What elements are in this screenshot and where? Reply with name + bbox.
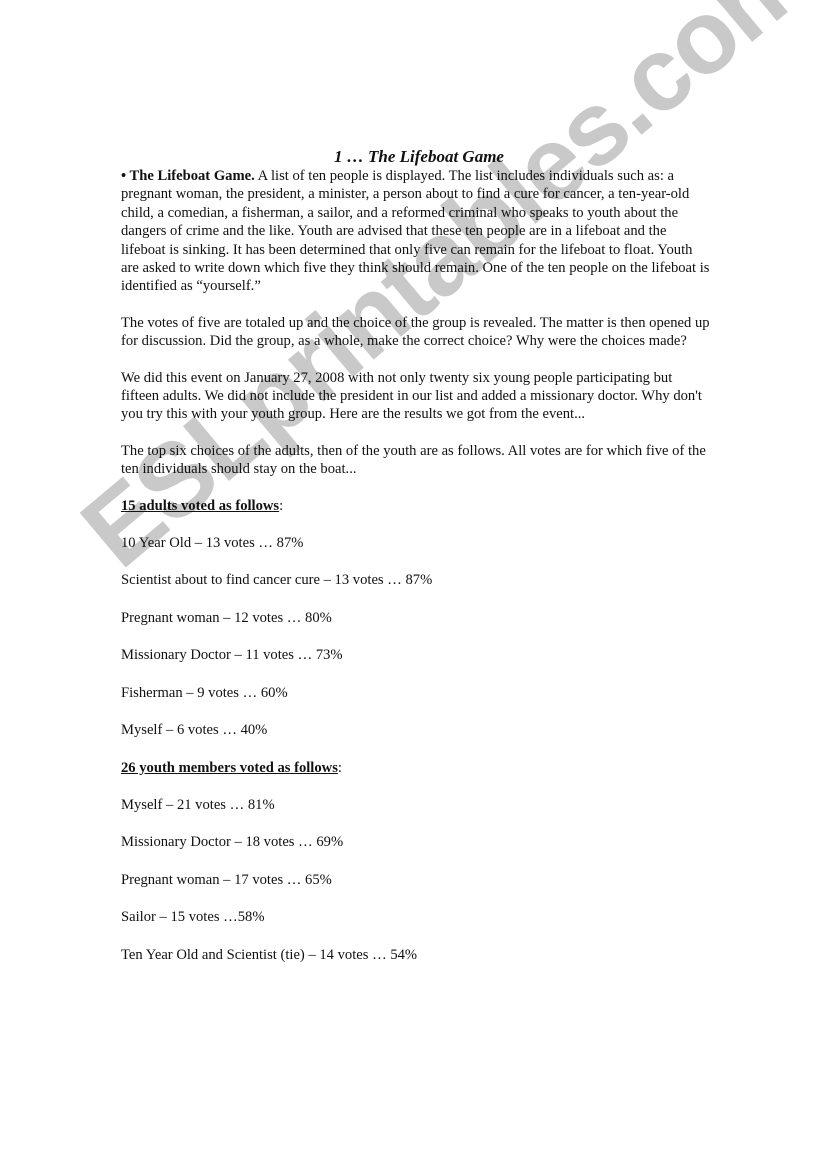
document-body: 1 … The Lifeboat Game • The Lifeboat Gam… <box>121 147 711 983</box>
adult-vote-item: Missionary Doctor – 11 votes … 73% <box>121 646 711 664</box>
adult-vote-item: Scientist about to find cancer cure – 13… <box>121 571 711 589</box>
adults-heading: 15 adults voted as follows: <box>121 497 711 515</box>
intro-paragraph: • The Lifeboat Game. A list of ten peopl… <box>121 167 711 296</box>
intro-text: A list of ten people is displayed. The l… <box>121 168 709 294</box>
page-title: 1 … The Lifeboat Game <box>121 147 711 167</box>
adult-vote-item: 10 Year Old – 13 votes … 87% <box>121 534 711 552</box>
youth-vote-item: Sailor – 15 votes …58% <box>121 908 711 926</box>
adult-vote-item: Myself – 6 votes … 40% <box>121 721 711 739</box>
youth-vote-item: Ten Year Old and Scientist (tie) – 14 vo… <box>121 946 711 964</box>
youth-vote-item: Pregnant woman – 17 votes … 65% <box>121 871 711 889</box>
youth-heading: 26 youth members voted as follows: <box>121 759 711 777</box>
worksheet-page: ESLprintables.com 1 … The Lifeboat Game … <box>0 0 821 1169</box>
intro-lead: • The Lifeboat Game. <box>121 168 255 184</box>
paragraph-voting: The votes of five are totaled up and the… <box>121 314 711 351</box>
paragraph-event: We did this event on January 27, 2008 wi… <box>121 369 711 424</box>
adult-vote-item: Pregnant woman – 12 votes … 80% <box>121 609 711 627</box>
adult-vote-item: Fisherman – 9 votes … 60% <box>121 684 711 702</box>
paragraph-results-intro: The top six choices of the adults, then … <box>121 442 711 479</box>
youth-vote-item: Missionary Doctor – 18 votes … 69% <box>121 833 711 851</box>
youth-vote-item: Myself – 21 votes … 81% <box>121 796 711 814</box>
